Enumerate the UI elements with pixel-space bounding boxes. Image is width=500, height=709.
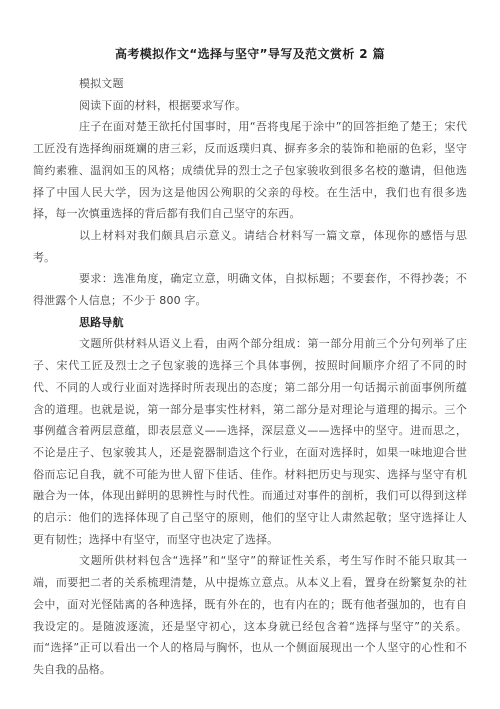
paragraph-guidance-dialectic: 文题所供材料包含“选择”和“坚守”的辩证性关系，考生写作时不能只取其一端，而要把…	[33, 550, 467, 680]
section-heading-mock-topic: 模拟文题	[33, 73, 467, 95]
section-heading-guidance: 思路导航	[33, 312, 467, 334]
paragraph-guidance-analysis: 文题所供材料从语义上看，由两个部分组成：第一部分用前三个分句列举了庄子、宋代工匠…	[33, 333, 467, 550]
paragraph-read-instruction: 阅读下面的材料，根据要求写作。	[33, 95, 467, 117]
paragraph-material: 庄子在面对楚王欲托付国事时，用“吾将曳尾于涂中”的回答拒绝了楚王；宋代工匠没有选…	[33, 116, 467, 225]
paragraph-material-summary: 以上材料对我们颇具启示意义。请结合材料写一篇文章，体现你的感悟与思考。	[33, 225, 467, 268]
document-title: 高考模拟作文“选择与坚守”导写及范文赏析 2 篇	[33, 43, 467, 65]
paragraph-requirements: 要求：选准角度，确定立意，明确文体，自拟标题；不要套作，不得抄袭；不得泄露个人信…	[33, 268, 467, 311]
document-page: 高考模拟作文“选择与坚守”导写及范文赏析 2 篇 模拟文题 阅读下面的材料，根据…	[0, 0, 500, 709]
